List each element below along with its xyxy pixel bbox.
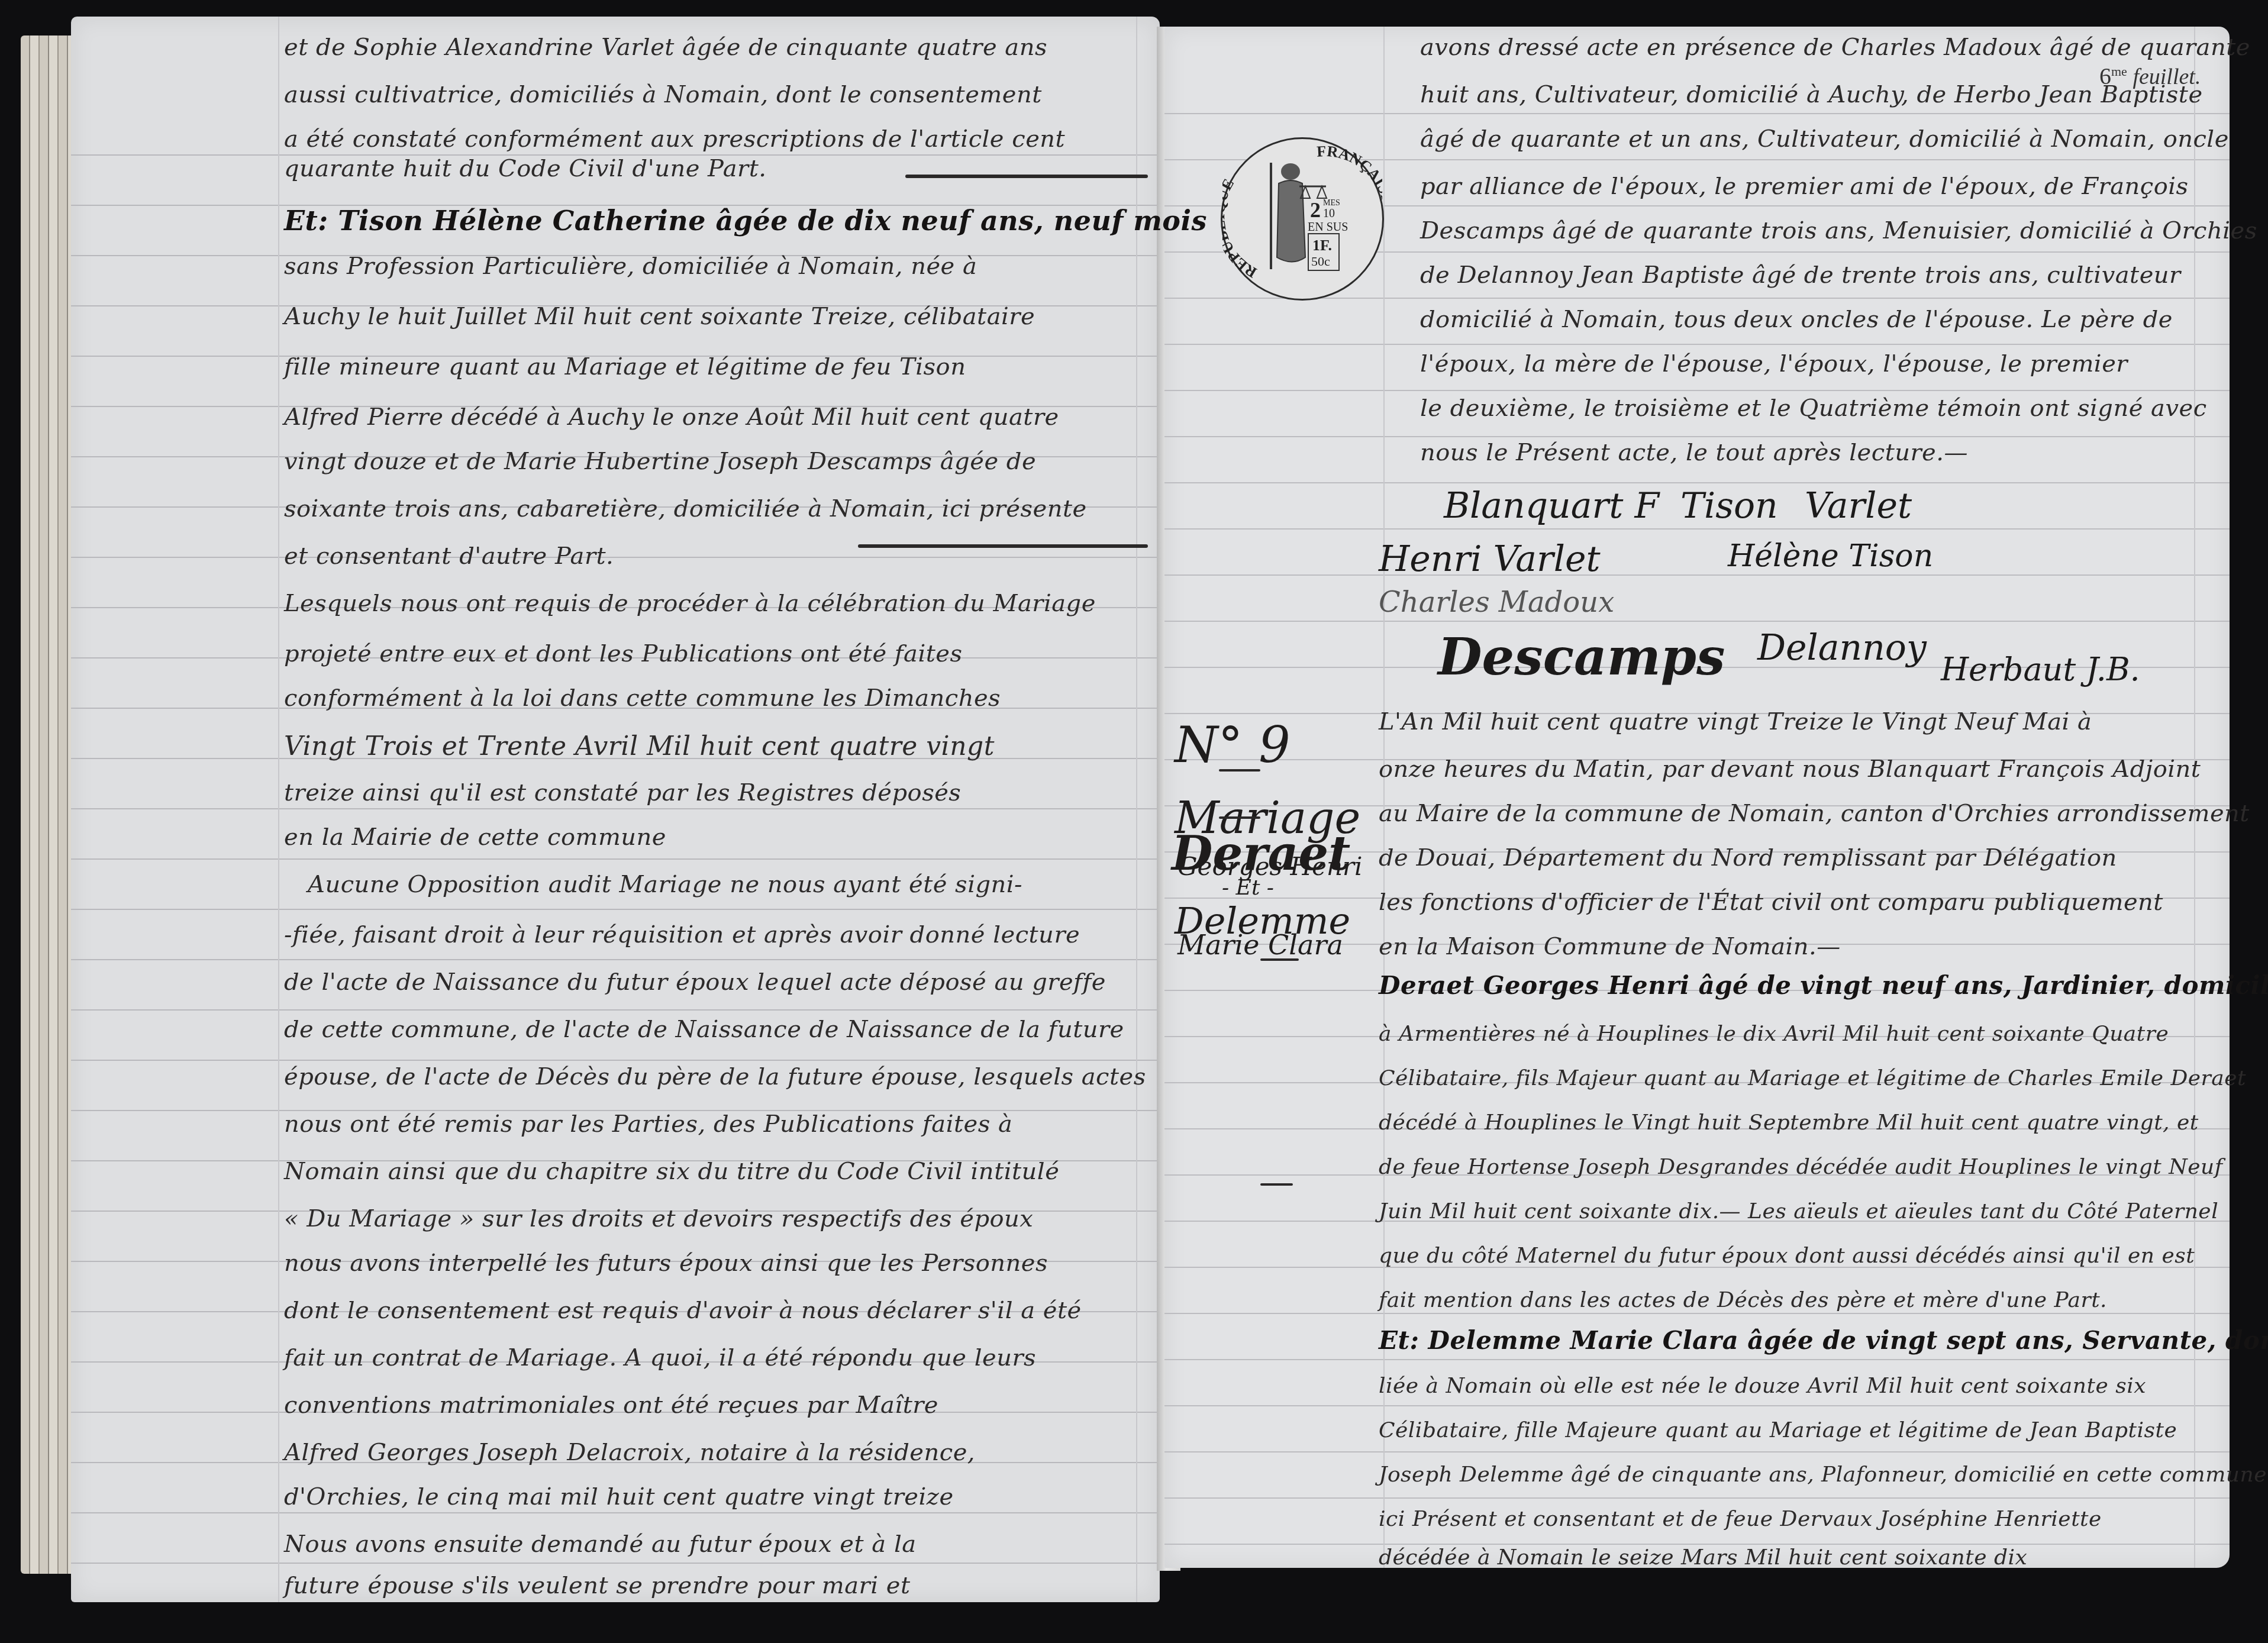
svg-text:1F.: 1F. xyxy=(1312,237,1332,254)
text-line: Vingt Trois et Trente Avril Mil huit cen… xyxy=(284,734,995,760)
signature: Hélène Tison xyxy=(1728,538,1933,574)
text-line: Nomain ainsi que du chapitre six du titr… xyxy=(284,1160,1059,1183)
register-book: et de Sophie Alexandrine Varlet âgée de … xyxy=(0,0,2268,1643)
text-line: fait un contrat de Mariage. A quoi, il a… xyxy=(284,1346,1036,1370)
margin-line xyxy=(278,17,279,1602)
signature: Varlet xyxy=(1805,485,1912,527)
svg-text:REPUBLIQUE: REPUBLIQUE xyxy=(1222,176,1260,281)
conjunction: - Et - xyxy=(1222,876,1274,900)
text-line: liée à Nomain où elle est née le douze A… xyxy=(1379,1376,2146,1397)
text-line: de feue Hortense Joseph Desgrandes décéd… xyxy=(1379,1157,2223,1178)
text-line: Juin Mil huit cent soixante dix.— Les aï… xyxy=(1379,1201,2218,1222)
text-line: Alfred Georges Joseph Delacroix, notaire… xyxy=(284,1441,975,1464)
signature: Herbaut J.B. xyxy=(1941,651,2140,688)
text-line: vingt douze et de Marie Hubertine Joseph… xyxy=(284,450,1036,473)
stamp-seal-icon: REPUBLIQUE FRANÇAISE 2 MES 10 EN SUS 1F.… xyxy=(1222,139,1382,299)
text-line: nous avons interpellé les futurs époux a… xyxy=(284,1251,1048,1275)
text-line: et de Sophie Alexandrine Varlet âgée de … xyxy=(284,35,1047,59)
groom-name-line: Deraet Georges Henri âgé de vingt neuf a… xyxy=(1379,973,2268,998)
text-line: aussi cultivatrice, domiciliés à Nomain,… xyxy=(284,83,1042,106)
text-line: -fiée, faisant droit à leur réquisition … xyxy=(284,923,1080,947)
text-line: quarante huit du Code Civil d'une Part. xyxy=(284,157,766,180)
signature: Descamps xyxy=(1438,627,1725,687)
text-line: Aucune Opposition audit Mariage ne nous … xyxy=(308,873,1022,896)
closing-rule xyxy=(905,175,1148,178)
text-line: Joseph Delemme âgé de cinquante ans, Pla… xyxy=(1379,1464,2267,1486)
text-line: âgé de quarante et un ans, Cultivateur, … xyxy=(1420,127,2229,151)
text-line: décédée à Nomain le seize Mars Mil huit … xyxy=(1379,1547,2027,1568)
text-line: en la Maison Commune de Nomain.— xyxy=(1379,935,1841,958)
text-line: Descamps âgé de quarante trois ans, Menu… xyxy=(1420,219,2257,243)
text-line: fille mineure quant au Mariage et légiti… xyxy=(284,355,966,379)
text-line: à Armentières né à Houplines le dix Avri… xyxy=(1379,1024,2169,1045)
text-line: et consentant d'autre Part. xyxy=(284,544,614,568)
text-line: l'époux, la mère de l'épouse, l'époux, l… xyxy=(1420,352,2128,376)
text-line: Alfred Pierre décédé à Auchy le onze Aoû… xyxy=(284,405,1059,429)
text-line: « Du Mariage » sur les droits et devoirs… xyxy=(284,1207,1033,1231)
text-line: huit ans, Cultivateur, domicilié à Auchy… xyxy=(1420,83,2203,106)
text-line: nous le Présent acte, le tout après lect… xyxy=(1420,441,1968,464)
bride-given-names: Marie Clara xyxy=(1177,929,1343,961)
svg-text:10: 10 xyxy=(1323,207,1335,220)
separator-rule xyxy=(1219,769,1260,772)
text-line: Lesquels nous ont requis de procéder à l… xyxy=(284,592,1096,615)
signature: Blanquart F xyxy=(1444,485,1659,527)
bride-name-line: Et: Delemme Marie Clara âgée de vingt se… xyxy=(1379,1328,2268,1353)
text-line: de cette commune, de l'acte de Naissance… xyxy=(284,1018,1124,1041)
text-line: avons dressé acte en présence de Charles… xyxy=(1420,35,2250,59)
signature: Tison xyxy=(1680,485,1778,527)
signature: Henri Varlet xyxy=(1379,538,1601,580)
text-line: sans Profession Particulière, domiciliée… xyxy=(284,254,977,278)
text-line: épouse, de l'acte de Décès du père de la… xyxy=(284,1065,1146,1089)
entry-number: N° 9 xyxy=(1175,716,1291,774)
text-line: L'An Mil huit cent quatre vingt Treize l… xyxy=(1379,710,2092,734)
text-line: Nous avons ensuite demandé au futur épou… xyxy=(284,1532,917,1556)
signature: Charles Madoux xyxy=(1379,586,1614,619)
svg-text:EN SUS: EN SUS xyxy=(1308,221,1348,234)
text-line: au Maire de la commune de Nomain, canton… xyxy=(1379,802,2250,825)
text-line: soixante trois ans, cabaretière, domicil… xyxy=(284,497,1087,521)
fiscal-stamp: REPUBLIQUE FRANÇAISE 2 MES 10 EN SUS 1F.… xyxy=(1221,137,1384,301)
bride-name-line: Et: Tison Hélène Catherine âgée de dix n… xyxy=(284,207,1207,234)
text-line: conformément à la loi dans cette commune… xyxy=(284,686,1001,710)
text-line: de Delannoy Jean Baptiste âgé de trente … xyxy=(1420,263,2181,287)
svg-text:MES: MES xyxy=(1323,199,1340,208)
text-line: treize ainsi qu'il est constaté par les … xyxy=(284,781,961,805)
text-line: nous ont été remis par les Parties, des … xyxy=(284,1112,1012,1136)
signature: Delannoy xyxy=(1757,627,1927,669)
text-line: fait mention dans les actes de Décès des… xyxy=(1379,1290,2107,1311)
text-line: décédé à Houplines le Vingt huit Septemb… xyxy=(1379,1112,2199,1134)
text-line: d'Orchies, le cinq mai mil huit cent qua… xyxy=(284,1485,954,1509)
text-line: les fonctions d'officier de l'État civil… xyxy=(1379,890,2163,914)
text-line: par alliance de l'époux, le premier ami … xyxy=(1420,175,2189,198)
text-line: Auchy le huit Juillet Mil huit cent soix… xyxy=(284,305,1035,328)
text-line: Célibataire, fille Majeure quant au Mari… xyxy=(1379,1420,2177,1441)
text-line: dont le consentement est requis d'avoir … xyxy=(284,1299,1082,1322)
svg-text:2: 2 xyxy=(1310,198,1321,222)
text-line: future épouse s'ils veulent se prendre p… xyxy=(284,1574,910,1597)
svg-text:50c: 50c xyxy=(1311,254,1330,269)
text-line: que du côté Maternel du futur époux dont… xyxy=(1379,1245,2195,1267)
separator-rule xyxy=(1260,958,1299,961)
separator-rule xyxy=(1219,816,1260,819)
separator-rule xyxy=(1260,1183,1293,1186)
text-line: projeté entre eux et dont les Publicatio… xyxy=(284,642,963,666)
text-line: ici Présent et consentant et de feue Der… xyxy=(1379,1509,2102,1530)
text-line: a été constaté conformément aux prescrip… xyxy=(284,127,1065,151)
text-line: conventions matrimoniales ont été reçues… xyxy=(284,1393,938,1417)
text-line: de l'acte de Naissance du futur époux le… xyxy=(284,970,1106,994)
text-line: de Douai, Département du Nord remplissan… xyxy=(1379,846,2117,870)
closing-rule xyxy=(858,544,1148,548)
text-line: en la Mairie de cette commune xyxy=(284,825,666,849)
margin-line-right xyxy=(1136,17,1137,1602)
text-line: le deuxième, le troisième et le Quatrièm… xyxy=(1420,396,2207,420)
text-line: onze heures du Matin, par devant nous Bl… xyxy=(1379,757,2201,781)
text-line: domicilié à Nomain, tous deux oncles de … xyxy=(1420,308,2173,331)
text-line: Célibataire, fils Majeur quant au Mariag… xyxy=(1379,1068,2246,1089)
